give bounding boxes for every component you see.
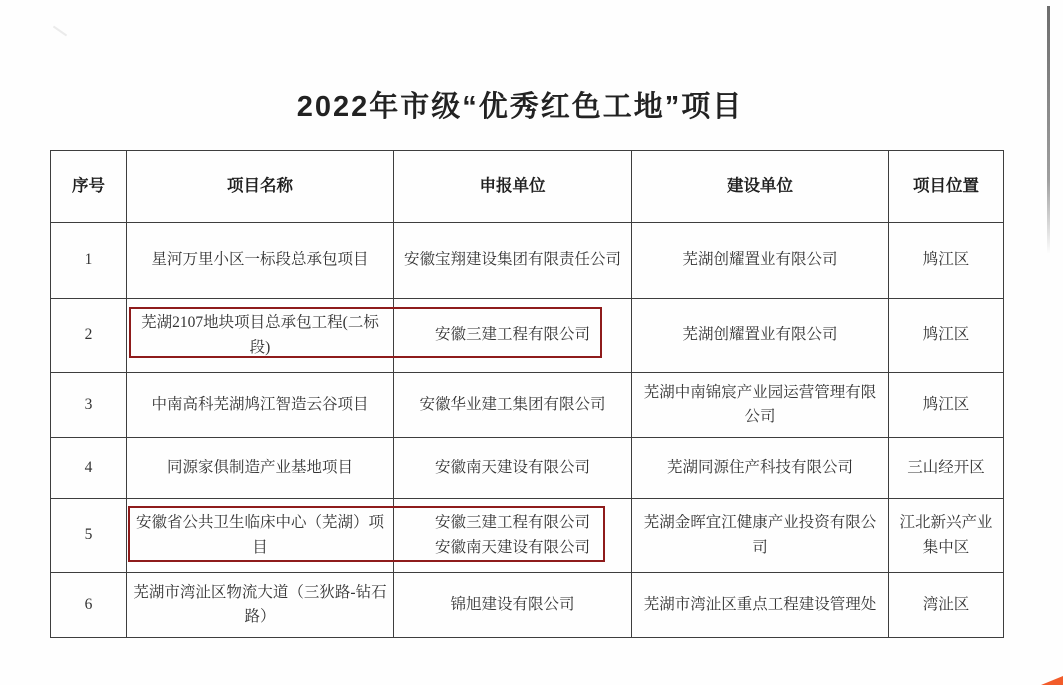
cell-construction-unit: 芜湖市湾沚区重点工程建设管理处 bbox=[632, 573, 889, 638]
projects-table: 序号 项目名称 申报单位 建设单位 项目位置 1 星河万里小区一标段总承包项目 … bbox=[50, 150, 1004, 638]
cell-applicant-unit: 锦旭建设有限公司 bbox=[394, 573, 632, 638]
cell-seq: 2 bbox=[51, 299, 127, 373]
orange-corner-mark bbox=[1041, 676, 1063, 685]
cell-construction-unit: 芜湖中南锦宸产业园运营管理有限公司 bbox=[632, 373, 889, 438]
cell-project-name: 同源家俱制造产业基地项目 bbox=[127, 438, 394, 499]
cell-project-name: 安徽省公共卫生临床中心（芜湖）项目 bbox=[127, 499, 394, 573]
cell-seq: 6 bbox=[51, 573, 127, 638]
cell-seq: 5 bbox=[51, 499, 127, 573]
cell-project-location: 江北新兴产业集中区 bbox=[889, 499, 1004, 573]
cell-project-location: 鸠江区 bbox=[889, 223, 1004, 299]
cell-project-location: 湾沚区 bbox=[889, 573, 1004, 638]
cell-project-name: 芜湖市湾沚区物流大道（三狄路-钻石路） bbox=[127, 573, 394, 638]
scan-page-edge-shadow bbox=[1047, 6, 1050, 254]
header-construction-unit: 建设单位 bbox=[632, 151, 889, 223]
cell-applicant-unit: 安徽三建工程有限公司 bbox=[394, 299, 632, 373]
cell-applicant-unit: 安徽华业建工集团有限公司 bbox=[394, 373, 632, 438]
table-row: 3 中南高科芜湖鸠江智造云谷项目 安徽华业建工集团有限公司 芜湖中南锦宸产业园运… bbox=[51, 373, 1004, 438]
table-row: 1 星河万里小区一标段总承包项目 安徽宝翔建设集团有限责任公司 芜湖创耀置业有限… bbox=[51, 223, 1004, 299]
cell-applicant-unit: 安徽南天建设有限公司 bbox=[394, 438, 632, 499]
cell-construction-unit: 芜湖创耀置业有限公司 bbox=[632, 223, 889, 299]
scanned-document-page: 2022年市级“优秀红色工地”项目 序号 项目名称 申报单位 建设单位 项目位置… bbox=[0, 0, 1063, 685]
cell-project-name: 芜湖2107地块项目总承包工程(二标段) bbox=[127, 299, 394, 373]
table-row: 4 同源家俱制造产业基地项目 安徽南天建设有限公司 芜湖同源住产科技有限公司 三… bbox=[51, 438, 1004, 499]
cell-construction-unit: 芜湖同源住产科技有限公司 bbox=[632, 438, 889, 499]
cell-seq: 3 bbox=[51, 373, 127, 438]
table-header-row: 序号 项目名称 申报单位 建设单位 项目位置 bbox=[51, 151, 1004, 223]
document-title: 2022年市级“优秀红色工地”项目 bbox=[0, 84, 1040, 125]
table-row: 6 芜湖市湾沚区物流大道（三狄路-钻石路） 锦旭建设有限公司 芜湖市湾沚区重点工… bbox=[51, 573, 1004, 638]
cell-project-location: 鸠江区 bbox=[889, 373, 1004, 438]
header-project-location: 项目位置 bbox=[889, 151, 1004, 223]
cell-project-location: 三山经开区 bbox=[889, 438, 1004, 499]
cell-applicant-unit: 安徽三建工程有限公司 安徽南天建设有限公司 bbox=[394, 499, 632, 573]
cell-seq: 4 bbox=[51, 438, 127, 499]
cell-project-location: 鸠江区 bbox=[889, 299, 1004, 373]
header-project-name: 项目名称 bbox=[127, 151, 394, 223]
cell-construction-unit: 芜湖创耀置业有限公司 bbox=[632, 299, 889, 373]
cell-project-name: 中南高科芜湖鸠江智造云谷项目 bbox=[127, 373, 394, 438]
cell-seq: 1 bbox=[51, 223, 127, 299]
header-seq: 序号 bbox=[51, 151, 127, 223]
cell-project-name: 星河万里小区一标段总承包项目 bbox=[127, 223, 394, 299]
cell-applicant-unit: 安徽宝翔建设集团有限责任公司 bbox=[394, 223, 632, 299]
cell-construction-unit: 芜湖金晖宜江健康产业投资有限公司 bbox=[632, 499, 889, 573]
header-applicant-unit: 申报单位 bbox=[394, 151, 632, 223]
scan-smudge-artifact bbox=[53, 26, 67, 37]
table-row: 2 芜湖2107地块项目总承包工程(二标段) 安徽三建工程有限公司 芜湖创耀置业… bbox=[51, 299, 1004, 373]
table-row: 5 安徽省公共卫生临床中心（芜湖）项目 安徽三建工程有限公司 安徽南天建设有限公… bbox=[51, 499, 1004, 573]
